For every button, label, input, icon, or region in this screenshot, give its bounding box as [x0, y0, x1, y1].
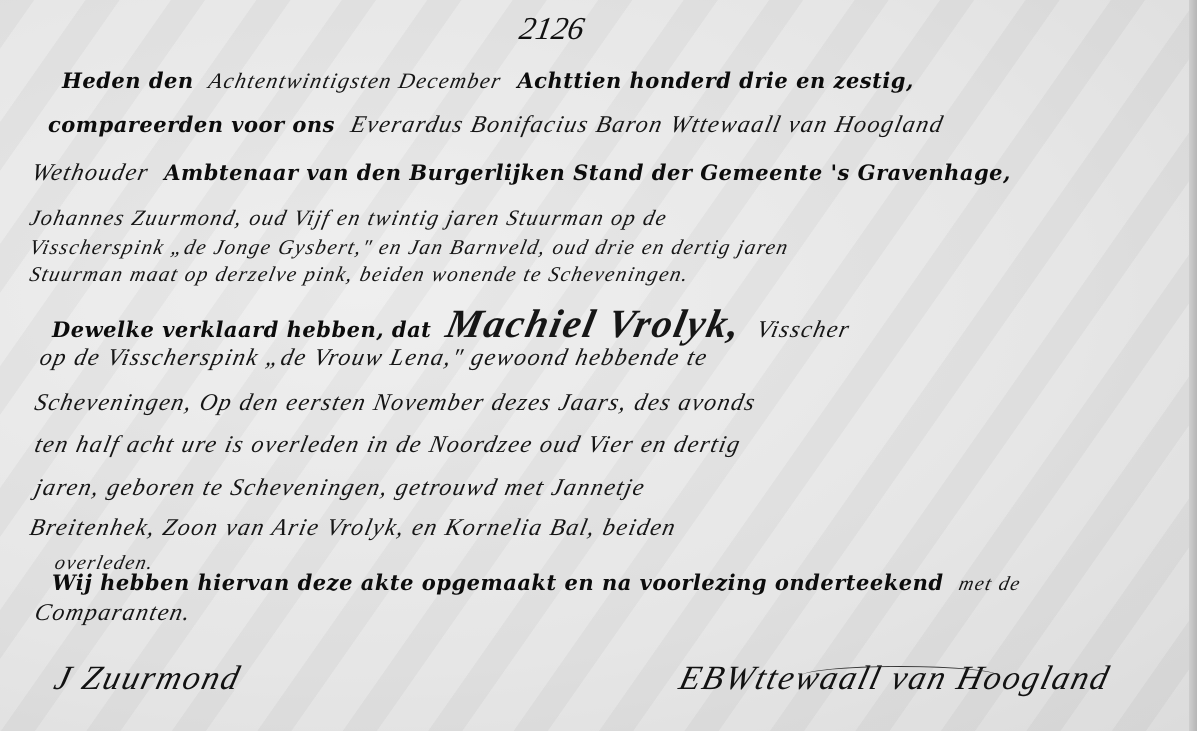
- line-3: Wethouder Ambtenaar van den Burgerlijken…: [32, 160, 1021, 187]
- handwritten-residence: Stuurman maat op derzelve pink, beiden w…: [27, 262, 691, 287]
- line-12: Breitenhek, Zoon van Arie Vrolyk, en Kor…: [30, 515, 686, 542]
- line-6: Stuurman maat op derzelve pink, beiden w…: [30, 262, 699, 287]
- handwritten-text: op de Visscherspink „de Vrouw Lena," gew…: [37, 345, 710, 372]
- signature-witness: J Zuurmond: [50, 660, 245, 698]
- printed-text: Wij hebben hiervan deze akte opgemaakt e…: [52, 570, 944, 595]
- handwritten-title: Wethouder: [29, 160, 151, 187]
- line-5: Visscherspink „de Jonge Gysbert," en Jan…: [30, 235, 799, 260]
- printed-text: Heden den: [62, 68, 194, 93]
- handwritten-official-name: Everardus Bonifacius Baron Wttewaall van…: [348, 112, 946, 139]
- printed-text: compareerden voor ons: [48, 112, 335, 137]
- handwritten-text: jaren, geboren te Scheveningen, getrouwd…: [32, 475, 648, 502]
- handwritten-text: Scheveningen, Op den eersten November de…: [32, 390, 758, 417]
- line-11: jaren, geboren te Scheveningen, getrouwd…: [35, 475, 655, 502]
- signature-flourish: [800, 666, 1000, 687]
- record-number: 2126: [517, 10, 588, 47]
- printed-text: Dewelke verklaard hebben, dat: [52, 317, 431, 342]
- line-8: op de Visscherspink „de Vrouw Lena," gew…: [40, 345, 718, 372]
- line-14: Wij hebben hiervan deze akte opgemaakt e…: [52, 570, 1031, 596]
- handwritten-witness-2: Visscherspink „de Jonge Gysbert," en Jan…: [27, 235, 791, 260]
- handwritten-occupation: Visscher: [754, 317, 853, 344]
- handwritten-date: Achtentwintigsten December: [206, 68, 504, 94]
- handwritten-text: Breitenhek, Zoon van Arie Vrolyk, en Kor…: [27, 515, 679, 542]
- line-15: Comparanten.: [35, 600, 201, 627]
- handwritten-deceased-name: Machiel Vrolyk,: [442, 300, 746, 347]
- line-9: Scheveningen, Op den eersten November de…: [35, 390, 766, 417]
- line-10: ten half acht ure is overleden in de Noo…: [35, 432, 751, 459]
- line-2: compareerden voor ons Everardus Bonifaci…: [48, 112, 953, 139]
- handwritten-witness-1: Johannes Zuurmond, oud Vijf en twintig j…: [27, 205, 670, 231]
- line-4: Johannes Zuurmond, oud Vijf en twintig j…: [30, 205, 677, 231]
- printed-text: Achttien honderd drie en zestig,: [517, 68, 913, 93]
- handwritten-text: ten half acht ure is overleden in de Noo…: [32, 432, 743, 459]
- handwritten-text: Comparanten.: [32, 600, 194, 627]
- printed-text: Ambtenaar van den Burgerlijken Stand der…: [164, 160, 1011, 185]
- handwritten-text: met de: [957, 573, 1024, 596]
- line-7: Dewelke verklaard hebben, dat Machiel Vr…: [52, 300, 860, 347]
- line-1: Heden den Achtentwintigsten December Ach…: [62, 68, 924, 94]
- page-edge: [1189, 0, 1197, 731]
